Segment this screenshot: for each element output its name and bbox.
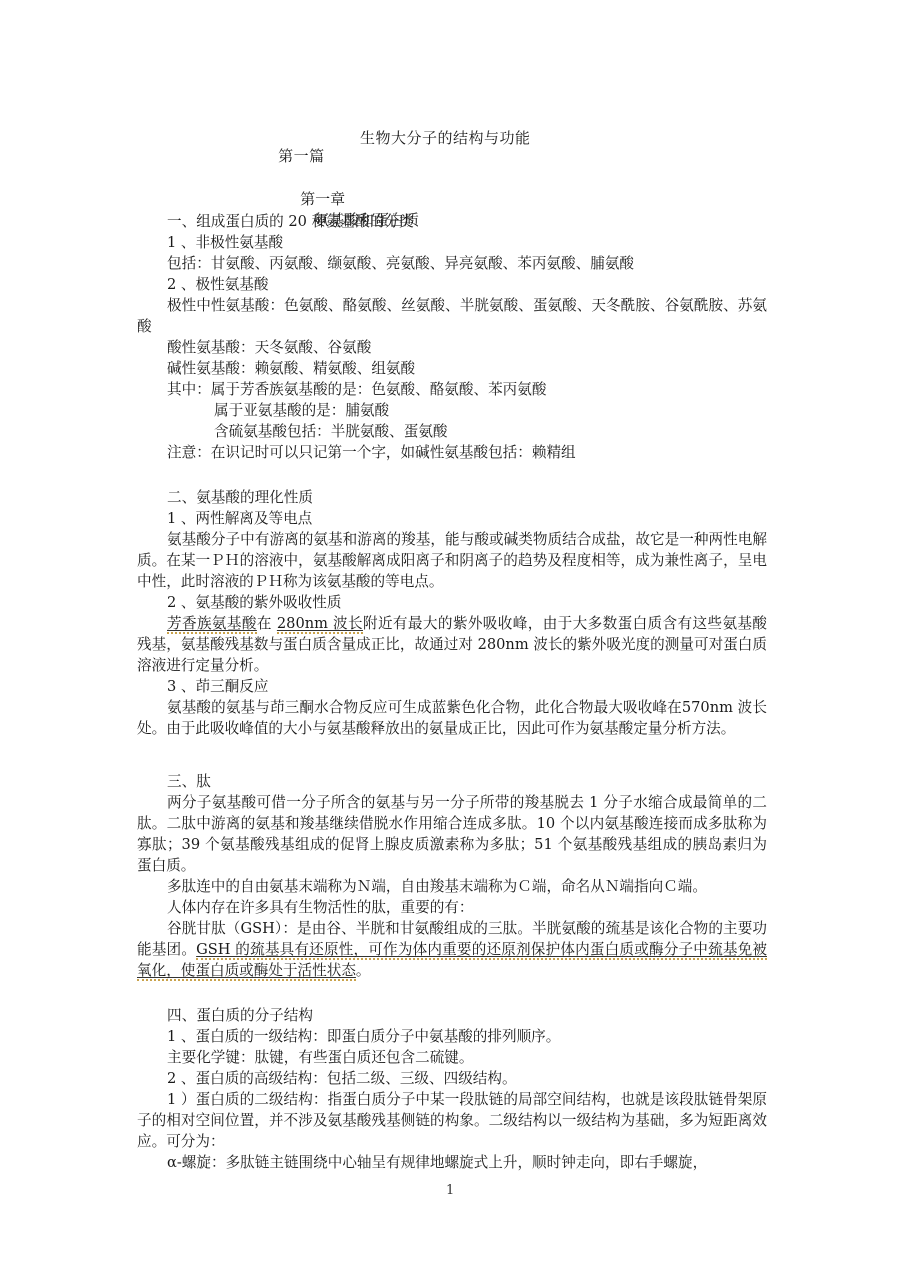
section-4-alpha-helix: α-螺旋：多肽链主链围绕中心轴呈有规律地螺旋式上升，顺时钟走向，即右手螺旋， (137, 1152, 767, 1173)
section-3-p1: 两分子氨基酸可借一分子所含的氨基与另一分子所带的羧基脱去 1 分子水缩合成最简单… (137, 792, 767, 876)
section-2-sub2-heading: 2 、氨基酸的紫外吸收性质 (137, 592, 767, 613)
text-run: 在 (257, 615, 277, 632)
section-3-p2: 多肽连中的自由氨基末端称为Ｎ端，自由羧基末端称为Ｃ端，命名从Ｎ端指向Ｃ端。 (137, 876, 767, 897)
section-1-heading: 一、组成蛋白质的 20 种氨基酸的分类 (137, 211, 767, 232)
part-title-text: 生物大分子的结构与功能 (360, 127, 531, 148)
underlined-gsh: GSH 的巯基具有还原性，可作为体内重要的还原剂保护体内蛋白质或酶分子中巯基免被… (137, 941, 767, 981)
polar-neutral-list: 极性中性氨基酸：色氨酸、酪氨酸、丝氨酸、半胱氨酸、蛋氨酸、天冬酰胺、谷氨酰胺、苏… (137, 295, 767, 337)
spacer (137, 463, 767, 487)
document-page: 第一篇 生物大分子的结构与功能 第一章 氨基酸和蛋白质 一、组成蛋白质的 20 … (0, 0, 900, 1272)
spacer (137, 981, 767, 1005)
spacer (137, 739, 767, 763)
section-1-sub1-heading: 1 、非极性氨基酸 (137, 232, 767, 253)
section-1-sub2-heading: 2 、极性氨基酸 (137, 274, 767, 295)
section-4-sub1: 1 、蛋白质的一级结构：即蛋白质分子中氨基酸的排列顺序。 (137, 1026, 767, 1047)
section-3-heading: 三、肽 (137, 771, 767, 792)
section-2-sub3-heading: 3 、茚三酮反应 (137, 676, 767, 697)
section-4-sub2: 2 、蛋白质的高级结构：包括二级、三级、四级结构。 (137, 1068, 767, 1089)
spacer (137, 763, 767, 771)
part-label: 第一篇 (278, 147, 325, 165)
section-2-sub3-body: 氨基酸的氨基与茚三酮水合物反应可生成蓝紫色化合物，此化合物最大吸收峰在570nm… (137, 697, 767, 739)
sulfur-list: 含硫氨基酸包括：半胱氨酸、蛋氨酸 (137, 421, 767, 442)
section-4-heading: 四、蛋白质的分子结构 (137, 1005, 767, 1026)
section-2-heading: 二、氨基酸的理化性质 (137, 487, 767, 508)
section-2-sub1-heading: 1 、两性解离及等电点 (137, 508, 767, 529)
document-body: 一、组成蛋白质的 20 种氨基酸的分类 1 、非极性氨基酸 包括：甘氨酸、丙氨酸… (137, 211, 767, 1173)
aromatic-list: 其中：属于芳香族氨基酸的是：色氨酸、酪氨酸、苯丙氨酸 (137, 379, 767, 400)
page-number: 1 (446, 1183, 454, 1198)
underlined-aromatic: 芳香族氨基酸 (167, 615, 257, 634)
acidic-list: 酸性氨基酸：天冬氨酸、谷氨酸 (137, 337, 767, 358)
section-3-p4: 谷胱甘肽（GSH）：是由谷、半胱和甘氨酸组成的三肽。半胱氨酸的巯基是该化合物的主… (137, 918, 767, 981)
text-run: 。 (356, 962, 371, 979)
section-4-secondary: 1 ）蛋白质的二级结构：指蛋白质分子中某一段肽链的局部空间结构，也就是该段肽链骨… (137, 1089, 767, 1152)
section-1-sub1-body: 包括：甘氨酸、丙氨酸、缬氨酸、亮氨酸、异亮氨酸、苯丙氨酸、脯氨酸 (137, 253, 767, 274)
section-3-p3: 人体内存在许多具有生物活性的肽，重要的有： (137, 897, 767, 918)
memory-note: 注意：在识记时可以只记第一个字，如碱性氨基酸包括：赖精组 (137, 442, 767, 463)
section-2-sub2-body: 芳香族氨基酸在 280nm 波长附近有最大的紫外吸收峰，由于大多数蛋白质含有这些… (137, 613, 767, 676)
basic-list: 碱性氨基酸：赖氨酸、精氨酸、组氨酸 (137, 358, 767, 379)
underlined-wavelength: 280nm 波长 (277, 615, 363, 634)
chapter-label: 第一章 (300, 190, 345, 208)
section-2-sub1-body: 氨基酸分子中有游离的氨基和游离的羧基，能与酸或碱类物质结合成盐，故它是一种两性电… (137, 529, 767, 592)
section-4-sub1-bond: 主要化学键：肽键，有些蛋白质还包含二硫键。 (137, 1047, 767, 1068)
imino-list: 属于亚氨基酸的是：脯氨酸 (137, 400, 767, 421)
